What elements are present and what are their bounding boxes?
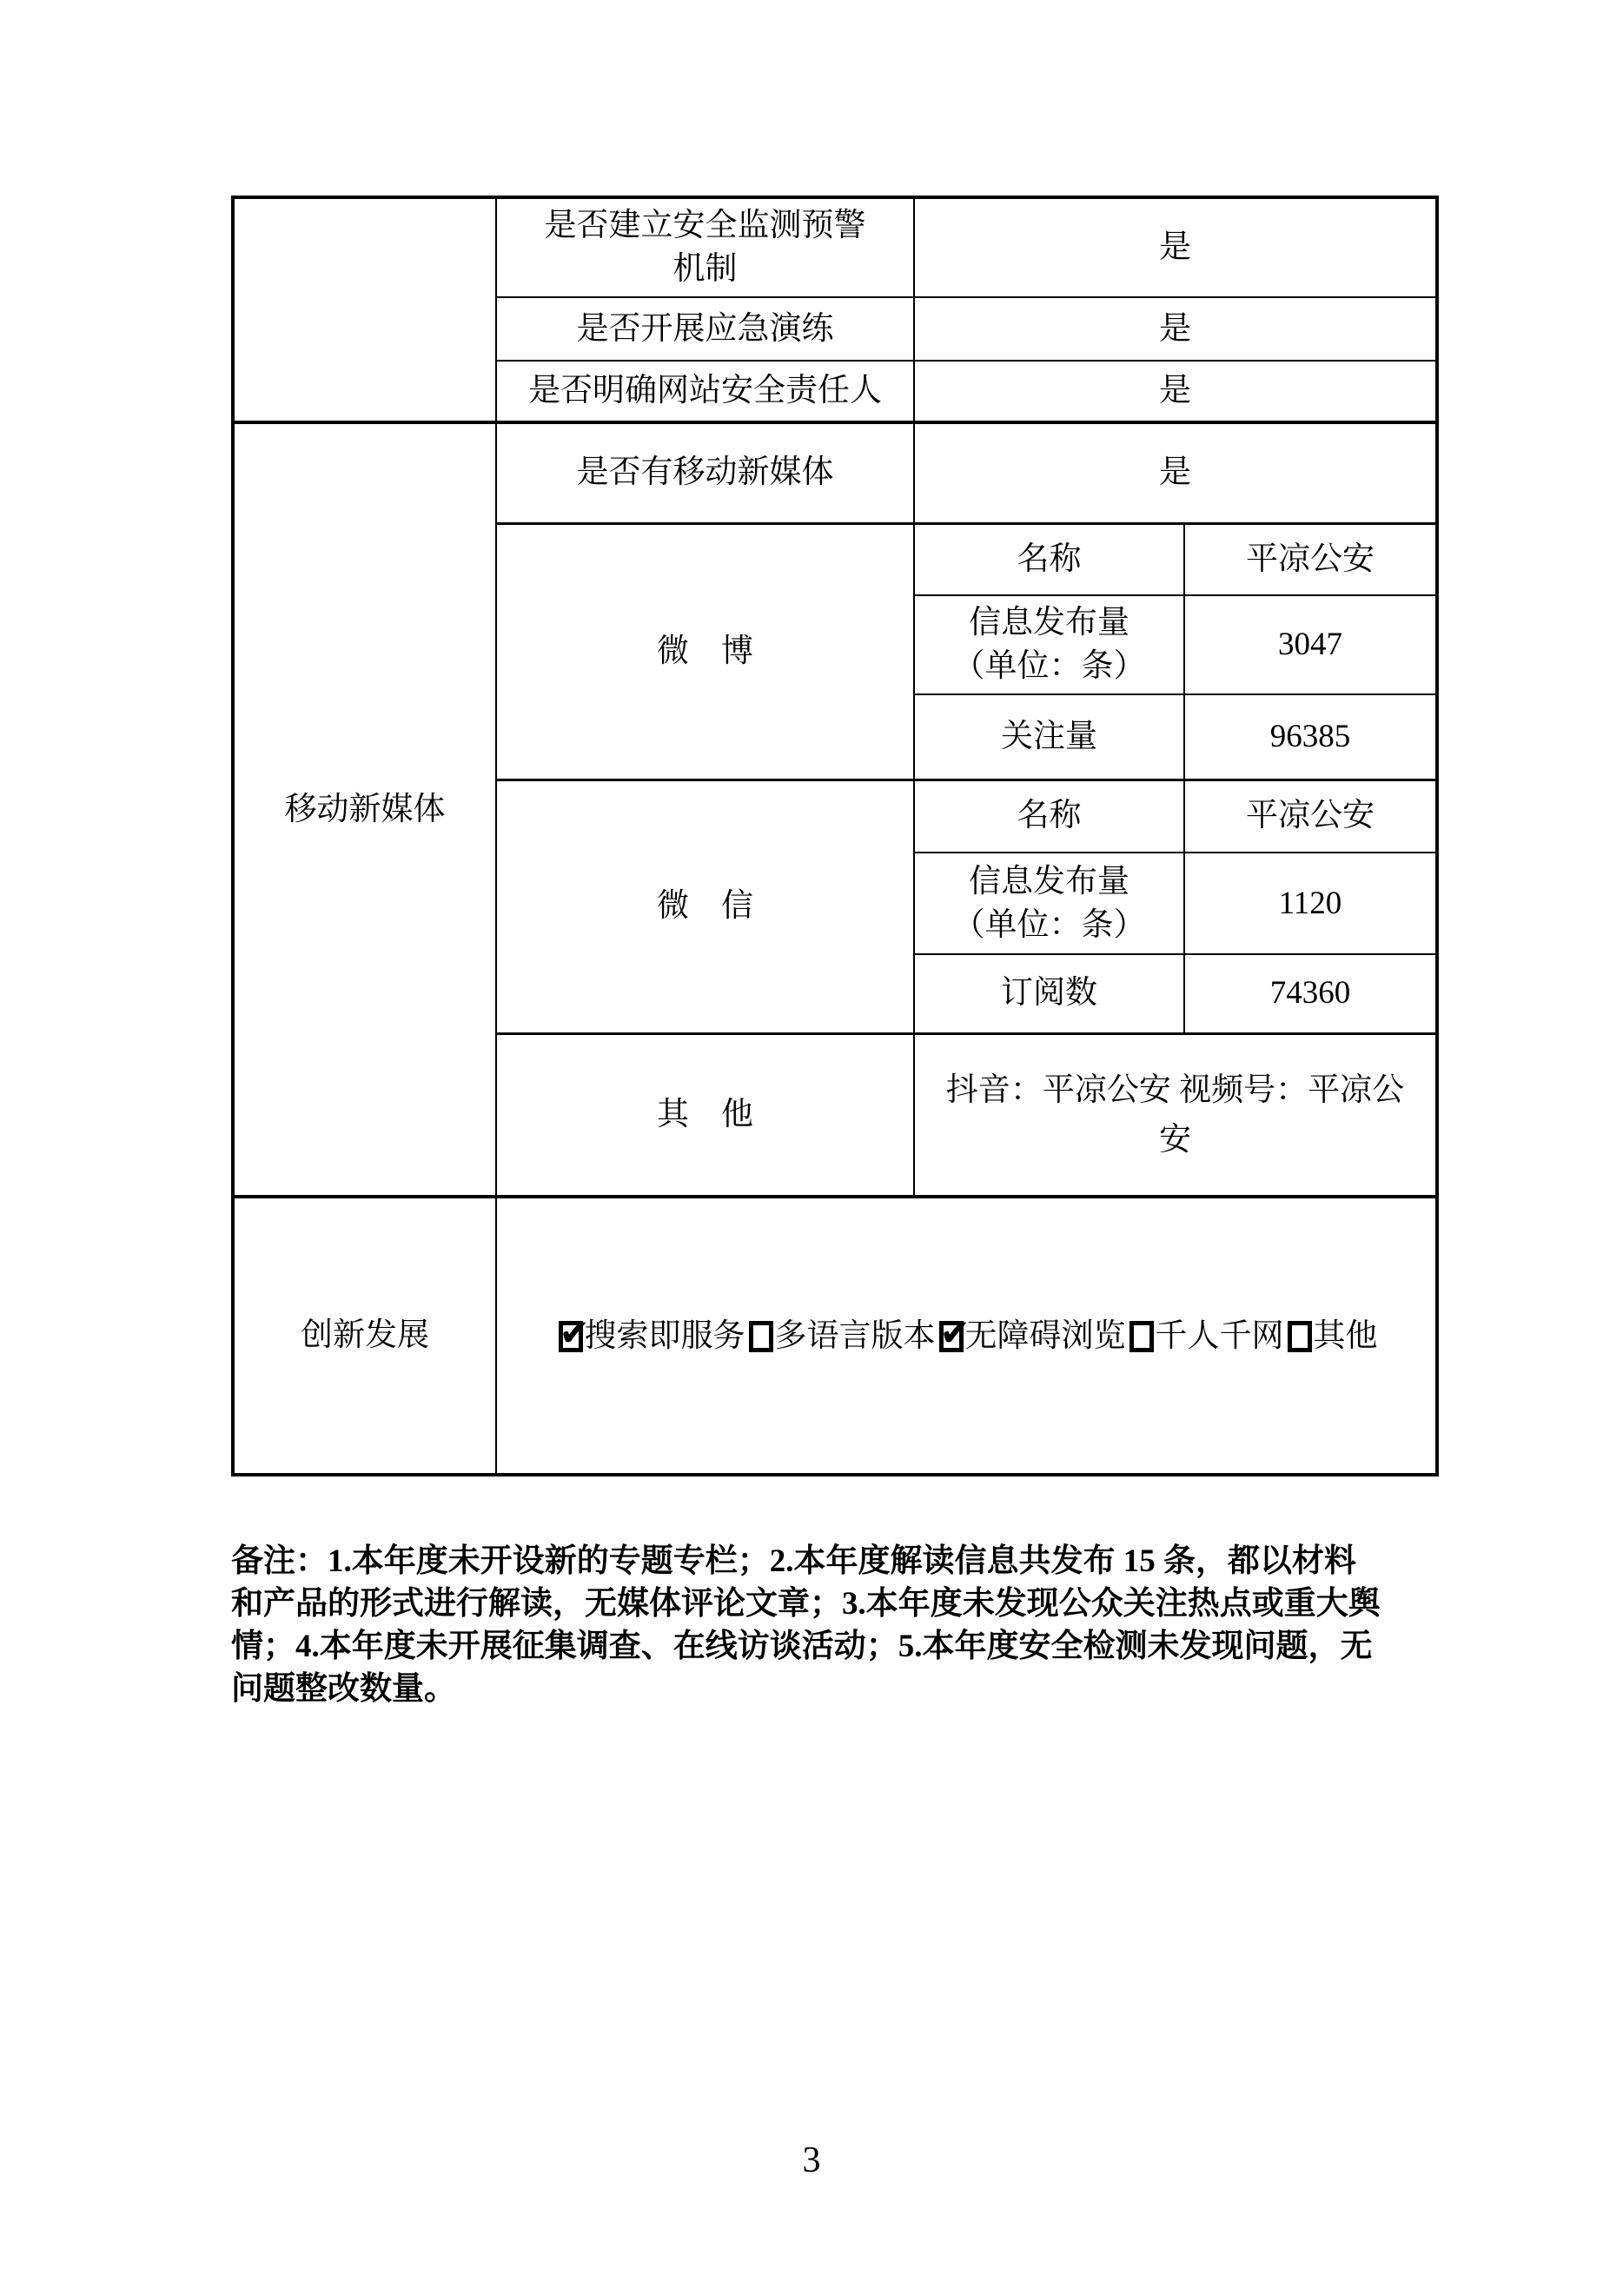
section-cell-continued-empty [233, 197, 496, 422]
platform-cell-other: 其 他 [496, 1033, 914, 1197]
question-cell: 是否开展应急演练 [496, 297, 914, 361]
stat-label: 信息发布量 （单位：条） [924, 860, 1175, 947]
notes-line: 情；4.本年度未开展征集调查、在线访谈活动；5.本年度安全检测未发现问题，无 [231, 1625, 1435, 1668]
answer-cell: 是 [914, 361, 1437, 422]
stat-label-line: 信息发布量 [924, 601, 1175, 645]
annual-report-table: 是否建立安全监测预警 机制 是 是否开展应急演练 是 是否明确网站安全责任人 是… [231, 196, 1439, 1476]
stat-label-cell: 信息发布量 （单位：条） [914, 595, 1184, 694]
checkbox-label: 其他 [1314, 1315, 1378, 1358]
question-cell: 是否建立安全监测预警 机制 [496, 197, 914, 297]
stat-label-cell: 关注量 [914, 694, 1184, 780]
checkbox-option-multilingual: 多语言版本 [745, 1315, 936, 1358]
stat-label-cell: 信息发布量 （单位：条） [914, 853, 1184, 954]
stat-label-line: 信息发布量 [924, 860, 1175, 904]
checkbox-unchecked-icon [1288, 1321, 1312, 1352]
section-cell-mobile-media: 移动新媒体 [233, 422, 496, 1197]
table-row: 移动新媒体 是否有移动新媒体 是 [233, 422, 1437, 523]
question-cell: 是否有移动新媒体 [496, 422, 914, 523]
check-mark-icon: ✔ [560, 1322, 590, 1344]
question-cell: 是否明确网站安全责任人 [496, 361, 914, 422]
innovation-options-row: ✔搜索即服务多语言版本✔无障碍浏览千人千网其他 [555, 1317, 1378, 1352]
table-row: 创新发展 ✔搜索即服务多语言版本✔无障碍浏览千人千网其他 [233, 1197, 1437, 1475]
stat-label-line: （单位：条） [924, 645, 1175, 688]
stat-label-cell: 订阅数 [914, 954, 1184, 1033]
checkbox-label: 无障碍浏览 [965, 1315, 1126, 1358]
platform-cell-weibo: 微 博 [496, 523, 914, 780]
notes-line: 和产品的形式进行解读，无媒体评论文章；3.本年度未发现公众关注热点或重大舆 [231, 1583, 1435, 1625]
answer-cell: 是 [914, 297, 1437, 361]
section-cell-innovation: 创新发展 [233, 1197, 496, 1475]
checkbox-checked-icon: ✔ [939, 1321, 964, 1352]
checkbox-option-search-service: ✔搜索即服务 [555, 1315, 745, 1358]
stat-value-cell: 1120 [1184, 853, 1437, 954]
innovation-options-cell: ✔搜索即服务多语言版本✔无障碍浏览千人千网其他 [496, 1197, 1437, 1475]
platform-cell-wechat: 微 信 [496, 780, 914, 1033]
checkbox-label: 千人千网 [1156, 1315, 1284, 1358]
checkbox-label: 多语言版本 [775, 1315, 936, 1358]
table-row: 是否建立安全监测预警 机制 是 [233, 197, 1437, 297]
stat-label: 信息发布量 （单位：条） [924, 601, 1175, 688]
notes-line: 备注：1.本年度未开设新的专题专栏；2.本年度解读信息共发布 15 条，都以材料 [231, 1540, 1435, 1583]
stat-value-cell: 96385 [1184, 694, 1437, 780]
checkbox-option-personalized: 千人千网 [1126, 1315, 1284, 1358]
stat-label-line: （单位：条） [924, 904, 1175, 947]
answer-cell: 是 [914, 197, 1437, 297]
stat-label-cell: 名称 [914, 523, 1184, 595]
question-line: 机制 [506, 248, 904, 291]
stat-value-cell: 平凉公安 [1184, 780, 1437, 853]
stat-value-cell: 74360 [1184, 954, 1437, 1033]
checkbox-unchecked-icon [1129, 1321, 1154, 1352]
check-mark-icon: ✔ [940, 1322, 970, 1344]
document-page: 是否建立安全监测预警 机制 是 是否开展应急演练 是 是否明确网站安全责任人 是… [0, 0, 1623, 2296]
notes-paragraph: 备注：1.本年度未开设新的专题专栏；2.本年度解读信息共发布 15 条，都以材料… [231, 1540, 1435, 1710]
checkbox-option-other: 其他 [1284, 1315, 1378, 1358]
other-platforms-line: 安 [924, 1115, 1427, 1165]
other-platforms-line: 抖音：平凉公安 视频号：平凉公 [924, 1065, 1427, 1115]
checkbox-checked-icon: ✔ [559, 1321, 583, 1352]
checkbox-label: 搜索即服务 [585, 1315, 745, 1358]
other-platforms-cell: 抖音：平凉公安 视频号：平凉公 安 [914, 1033, 1437, 1197]
question-label: 是否建立安全监测预警 机制 [506, 204, 904, 291]
stat-value-cell: 平凉公安 [1184, 523, 1437, 595]
answer-cell: 是 [914, 422, 1437, 523]
stat-label-cell: 名称 [914, 780, 1184, 853]
page-number: 3 [0, 2140, 1623, 2181]
checkbox-unchecked-icon [749, 1321, 773, 1352]
question-line: 是否建立安全监测预警 [506, 204, 904, 248]
notes-line: 问题整改数量。 [231, 1668, 1435, 1710]
checkbox-option-accessibility: ✔无障碍浏览 [936, 1315, 1126, 1358]
stat-value-cell: 3047 [1184, 595, 1437, 694]
other-platforms-value: 抖音：平凉公安 视频号：平凉公 安 [924, 1065, 1427, 1165]
